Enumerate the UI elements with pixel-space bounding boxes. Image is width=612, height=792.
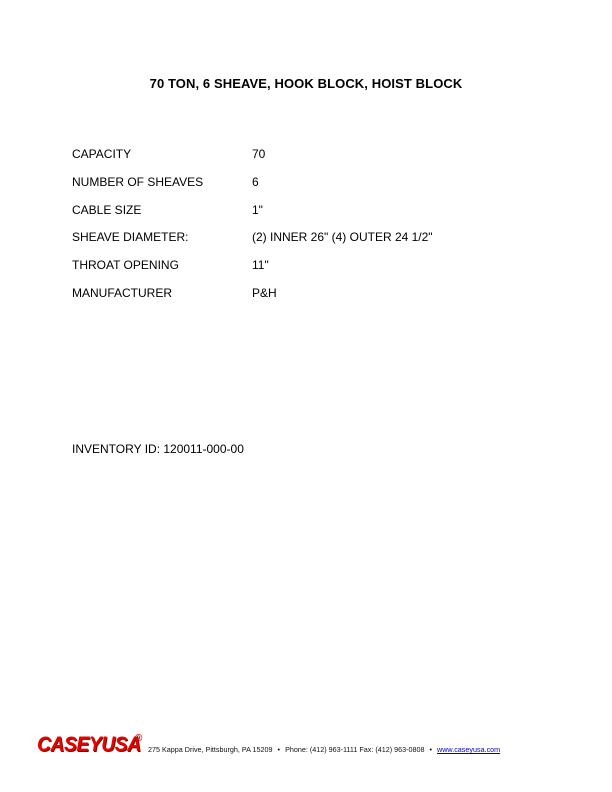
footer-phone-fax: Phone: (412) 963-1111 Fax: (412) 963-080… [285, 745, 424, 754]
bullet-separator: • [278, 745, 281, 754]
spec-label: CAPACITY [72, 146, 131, 162]
spec-label: CABLE SIZE [72, 202, 141, 218]
spec-value: 1" [252, 202, 263, 218]
spec-value: 11" [252, 257, 269, 273]
spec-label: MANUFACTURER [72, 285, 172, 301]
spec-value: P&H [252, 285, 277, 301]
company-logo: CASEYUSA [37, 733, 141, 757]
spec-label: THROAT OPENING [72, 257, 179, 273]
footer: CASEYUSA ® 275 Kappa Drive, Pittsburgh, … [37, 733, 577, 759]
spec-value: (2) INNER 26" (4) OUTER 24 1/2" [252, 229, 433, 245]
spec-value: 6 [252, 174, 259, 190]
website-link[interactable]: www.caseyusa.com [437, 745, 500, 754]
inventory-id: INVENTORY ID: 120011-000-00 [72, 442, 244, 456]
spec-label: SHEAVE DIAMETER: [72, 229, 188, 245]
document-title: 70 TON, 6 SHEAVE, HOOK BLOCK, HOIST BLOC… [0, 76, 612, 91]
footer-address: 275 Kappa Drive, Pittsburgh, PA 15209 [148, 745, 273, 754]
bullet-separator: • [430, 745, 433, 754]
registered-mark: ® [135, 733, 142, 744]
spec-value: 70 [252, 146, 265, 162]
footer-contact: 275 Kappa Drive, Pittsburgh, PA 15209•Ph… [148, 745, 500, 754]
spec-label: NUMBER OF SHEAVES [72, 174, 203, 190]
